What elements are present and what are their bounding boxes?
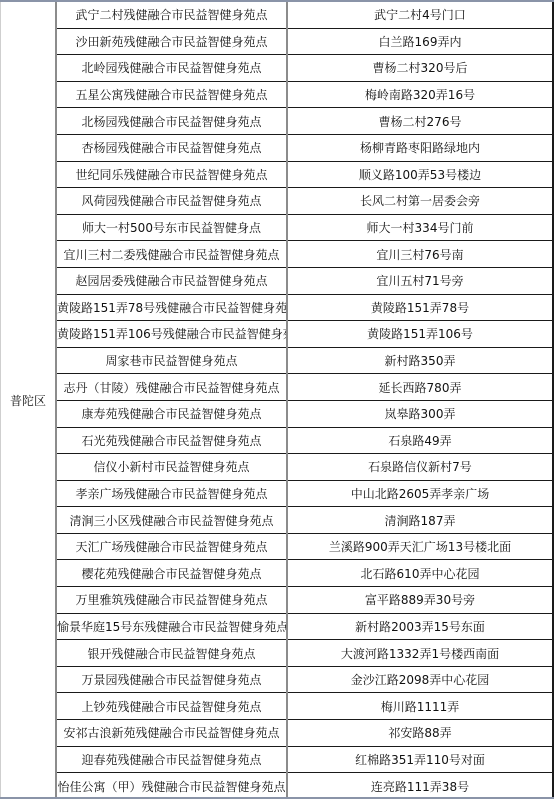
site-name-cell: 志丹（甘陵）残健融合市民益智健身苑点 (56, 374, 287, 401)
site-name-cell: 清涧三小区残健融合市民益智健身苑点 (56, 507, 287, 534)
site-name-cell: 上钞苑残健融合市民益智健身苑点 (56, 693, 287, 720)
district-cell: 普陀区 (1, 2, 57, 799)
table-row: 黄陵路151弄106号残健融合市民益智健身苑点黄陵路151弄106号 (1, 321, 554, 348)
table-row: 康寿苑残健融合市民益智健身苑点岚皋路300弄 (1, 400, 554, 427)
site-address-cell: 金沙江路2098弄中心花园 (287, 666, 553, 693)
site-name-cell: 孝亲广场残健融合市民益智健身苑点 (56, 480, 287, 507)
site-address-cell: 大渡河路1332弄1号楼西南面 (287, 640, 553, 667)
site-address-cell: 曹杨二村320号后 (287, 55, 553, 82)
table-row: 师大一村500号东市民益智健身点师大一村334号门前 (1, 214, 554, 241)
table-row: 樱花苑残健融合市民益智健身苑点北石路610弄中心花园 (1, 560, 554, 587)
site-name-cell: 师大一村500号东市民益智健身点 (56, 214, 287, 241)
table-row: 普陀区武宁二村残健融合市民益智健身苑点武宁二村4号门口 (1, 2, 554, 28)
site-address-cell: 新村路350弄 (287, 347, 553, 374)
site-name-cell: 黄陵路151弄78号残健融合市民益智健身苑点 (56, 294, 287, 321)
site-address-cell: 黄陵路151弄106号 (287, 321, 553, 348)
site-name-cell: 万景园残健融合市民益智健身苑点 (56, 666, 287, 693)
site-address-cell: 石泉路信仪新村7号 (287, 454, 553, 481)
table-row: 宜川三村二委残健融合市民益智健身苑点宜川三村76号南 (1, 241, 554, 268)
site-address-cell: 石泉路49弄 (287, 427, 553, 454)
site-name-cell: 银开残健融合市民益智健身苑点 (56, 640, 287, 667)
site-address-cell: 白兰路169弄内 (287, 28, 553, 55)
site-name-cell: 赵园居委残健融合市民益智健身苑点 (56, 267, 287, 294)
site-address-cell: 师大一村334号门前 (287, 214, 553, 241)
table-row: 愉景华庭15号东残健融合市民益智健身苑点新村路2003弄15号东面 (1, 613, 554, 640)
site-address-cell: 杨柳青路枣阳路绿地内 (287, 134, 553, 161)
site-name-cell: 沙田新苑残健融合市民益智健身苑点 (56, 28, 287, 55)
site-name-cell: 康寿苑残健融合市民益智健身苑点 (56, 400, 287, 427)
site-address-cell: 黄陵路151弄78号 (287, 294, 553, 321)
table-body: 普陀区武宁二村残健融合市民益智健身苑点武宁二村4号门口沙田新苑残健融合市民益智健… (1, 2, 554, 799)
table-row: 银开残健融合市民益智健身苑点大渡河路1332弄1号楼西南面 (1, 640, 554, 667)
table-row: 迎春苑残健融合市民益智健身苑点红棉路351弄110号对面 (1, 746, 554, 773)
table-row: 赵园居委残健融合市民益智健身苑点宜川五村71号旁 (1, 267, 554, 294)
site-name-cell: 北杨园残健融合市民益智健身苑点 (56, 108, 287, 135)
table-row: 风荷园残健融合市民益智健身苑点长风二村第一居委会旁 (1, 188, 554, 215)
table-row: 北杨园残健融合市民益智健身苑点曹杨二村276号 (1, 108, 554, 135)
site-name-cell: 杏杨园残健融合市民益智健身苑点 (56, 134, 287, 161)
site-address-cell: 宜川五村71号旁 (287, 267, 553, 294)
site-name-cell: 世纪同乐残健融合市民益智健身苑点 (56, 161, 287, 188)
site-name-cell: 信仪小新村市民益智健身苑点 (56, 454, 287, 481)
fitness-sites-table: 普陀区武宁二村残健融合市民益智健身苑点武宁二村4号门口沙田新苑残健融合市民益智健… (0, 2, 554, 799)
table-row: 北岭园残健融合市民益智健身苑点曹杨二村320号后 (1, 55, 554, 82)
site-name-cell: 五星公寓残健融合市民益智健身苑点 (56, 81, 287, 108)
site-address-cell: 北石路610弄中心花园 (287, 560, 553, 587)
site-name-cell: 安祁古浪新苑残健融合市民益智健身苑点 (56, 720, 287, 747)
site-name-cell: 周家巷市民益智健身苑点 (56, 347, 287, 374)
site-name-cell: 风荷园残健融合市民益智健身苑点 (56, 188, 287, 215)
table-row: 万里雅筑残健融合市民益智健身苑点富平路889弄30号旁 (1, 587, 554, 614)
table-row: 安祁古浪新苑残健融合市民益智健身苑点祁安路88弄 (1, 720, 554, 747)
table-row: 志丹（甘陵）残健融合市民益智健身苑点延长西路780弄 (1, 374, 554, 401)
site-address-cell: 连亮路111弄38号 (287, 773, 553, 799)
site-address-cell: 武宁二村4号门口 (287, 2, 553, 28)
site-name-cell: 宜川三村二委残健融合市民益智健身苑点 (56, 241, 287, 268)
site-address-cell: 红棉路351弄110号对面 (287, 746, 553, 773)
site-address-cell: 梅川路1111弄 (287, 693, 553, 720)
site-address-cell: 延长西路780弄 (287, 374, 553, 401)
site-name-cell: 怡佳公寓（甲）残健融合市民益智健身苑点 (56, 773, 287, 799)
table-row: 信仪小新村市民益智健身苑点石泉路信仪新村7号 (1, 454, 554, 481)
site-name-cell: 石光苑残健融合市民益智健身苑点 (56, 427, 287, 454)
table-row: 世纪同乐残健融合市民益智健身苑点顺义路100弄53号楼边 (1, 161, 554, 188)
table-row: 石光苑残健融合市民益智健身苑点石泉路49弄 (1, 427, 554, 454)
site-address-cell: 宜川三村76号南 (287, 241, 553, 268)
site-address-cell: 中山北路2605弄孝亲广场 (287, 480, 553, 507)
site-name-cell: 愉景华庭15号东残健融合市民益智健身苑点 (56, 613, 287, 640)
site-address-cell: 清涧路187弄 (287, 507, 553, 534)
table-row: 上钞苑残健融合市民益智健身苑点梅川路1111弄 (1, 693, 554, 720)
site-address-cell: 顺义路100弄53号楼边 (287, 161, 553, 188)
site-name-cell: 樱花苑残健融合市民益智健身苑点 (56, 560, 287, 587)
site-address-cell: 岚皋路300弄 (287, 400, 553, 427)
site-name-cell: 万里雅筑残健融合市民益智健身苑点 (56, 587, 287, 614)
site-address-cell: 梅岭南路320弄16号 (287, 81, 553, 108)
site-address-cell: 兰溪路900弄天汇广场13号楼北面 (287, 533, 553, 560)
table-row: 孝亲广场残健融合市民益智健身苑点中山北路2605弄孝亲广场 (1, 480, 554, 507)
table-row: 五星公寓残健融合市民益智健身苑点梅岭南路320弄16号 (1, 81, 554, 108)
table-row: 周家巷市民益智健身苑点新村路350弄 (1, 347, 554, 374)
table-row: 清涧三小区残健融合市民益智健身苑点清涧路187弄 (1, 507, 554, 534)
bottom-border (0, 797, 554, 802)
site-name-cell: 武宁二村残健融合市民益智健身苑点 (56, 2, 287, 28)
site-name-cell: 迎春苑残健融合市民益智健身苑点 (56, 746, 287, 773)
site-address-cell: 曹杨二村276号 (287, 108, 553, 135)
table-row: 万景园残健融合市民益智健身苑点金沙江路2098弄中心花园 (1, 666, 554, 693)
table-row: 沙田新苑残健融合市民益智健身苑点白兰路169弄内 (1, 28, 554, 55)
site-name-cell: 黄陵路151弄106号残健融合市民益智健身苑点 (56, 321, 287, 348)
table-row: 杏杨园残健融合市民益智健身苑点杨柳青路枣阳路绿地内 (1, 134, 554, 161)
table-row: 怡佳公寓（甲）残健融合市民益智健身苑点连亮路111弄38号 (1, 773, 554, 799)
site-address-cell: 祁安路88弄 (287, 720, 553, 747)
site-name-cell: 北岭园残健融合市民益智健身苑点 (56, 55, 287, 82)
site-address-cell: 富平路889弄30号旁 (287, 587, 553, 614)
table-row: 黄陵路151弄78号残健融合市民益智健身苑点黄陵路151弄78号 (1, 294, 554, 321)
table-row: 天汇广场残健融合市民益智健身苑点兰溪路900弄天汇广场13号楼北面 (1, 533, 554, 560)
site-name-cell: 天汇广场残健融合市民益智健身苑点 (56, 533, 287, 560)
site-address-cell: 长风二村第一居委会旁 (287, 188, 553, 215)
site-address-cell: 新村路2003弄15号东面 (287, 613, 553, 640)
